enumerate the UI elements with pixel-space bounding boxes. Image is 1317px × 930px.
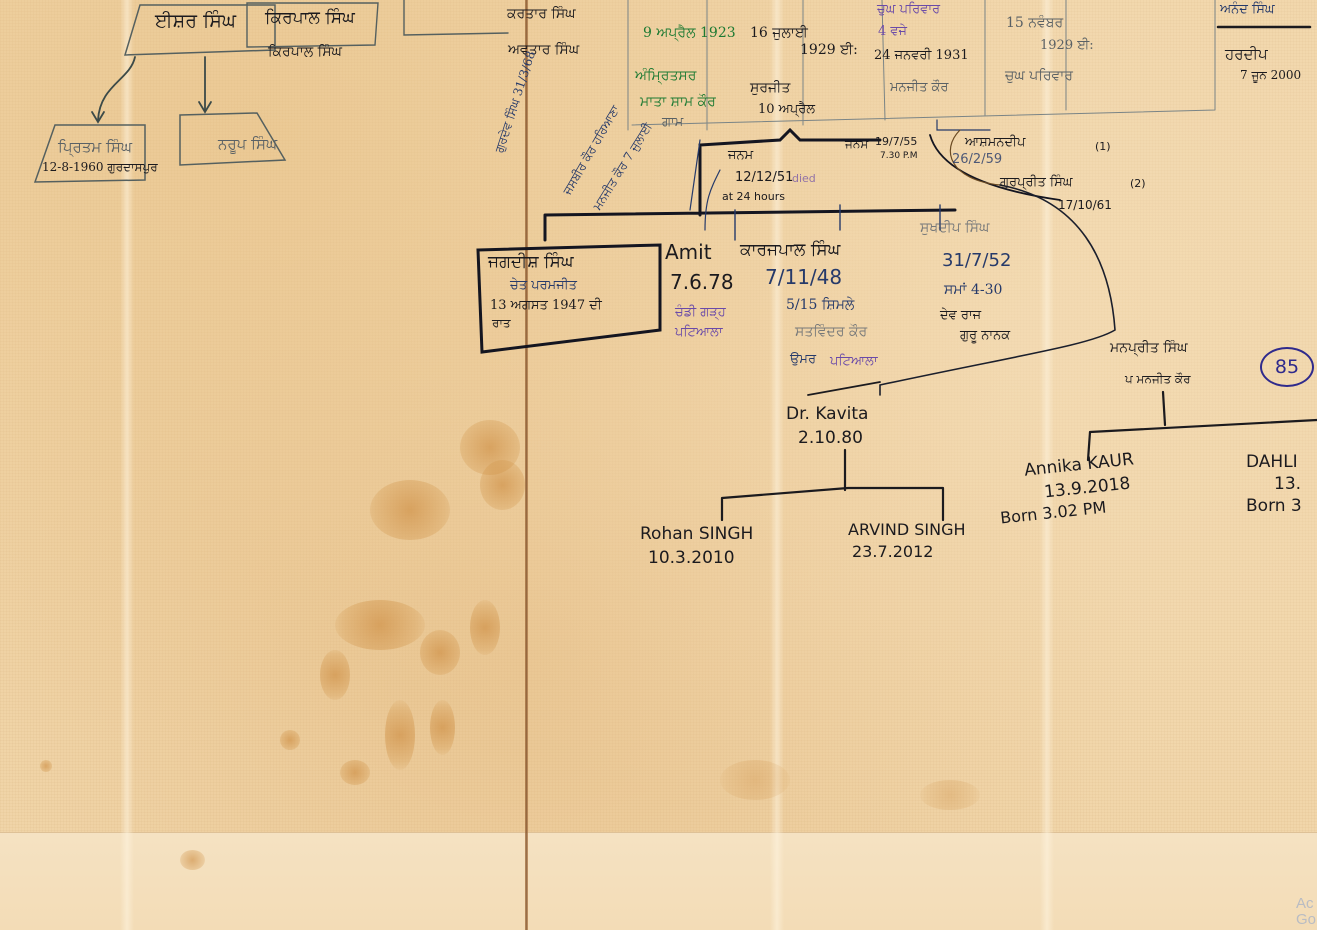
child-1-note: 12-8-1960 ਗੁਰਦਾਸਪੁਰ — [42, 160, 158, 175]
activation-watermark: Ac Go — [1296, 896, 1316, 928]
ancestor-1-name: ਈਸ਼ਰ ਸਿੰਘ — [155, 10, 236, 32]
child-1-name: ਪ੍ਰਿਤਮ ਸਿੰਘ — [58, 138, 132, 156]
child-2-name: ਨਰੂਪ ਸਿੰਘ — [218, 135, 277, 153]
ancestor-3-sub: ਅਵਤਾਰ ਸਿੰਘ — [508, 42, 579, 58]
ancestor-2-name: ਕਿਰਪਾਲ ਸਿੰਘ — [265, 8, 355, 28]
number-badge: 85 — [1260, 347, 1314, 387]
ancestor-3-name: ਕਰਤਾਰ ਸਿੰਘ — [507, 6, 576, 22]
ancestor-2-sub: ਕਿਰਪਾਲ ਸਿੰਘ — [268, 44, 342, 60]
